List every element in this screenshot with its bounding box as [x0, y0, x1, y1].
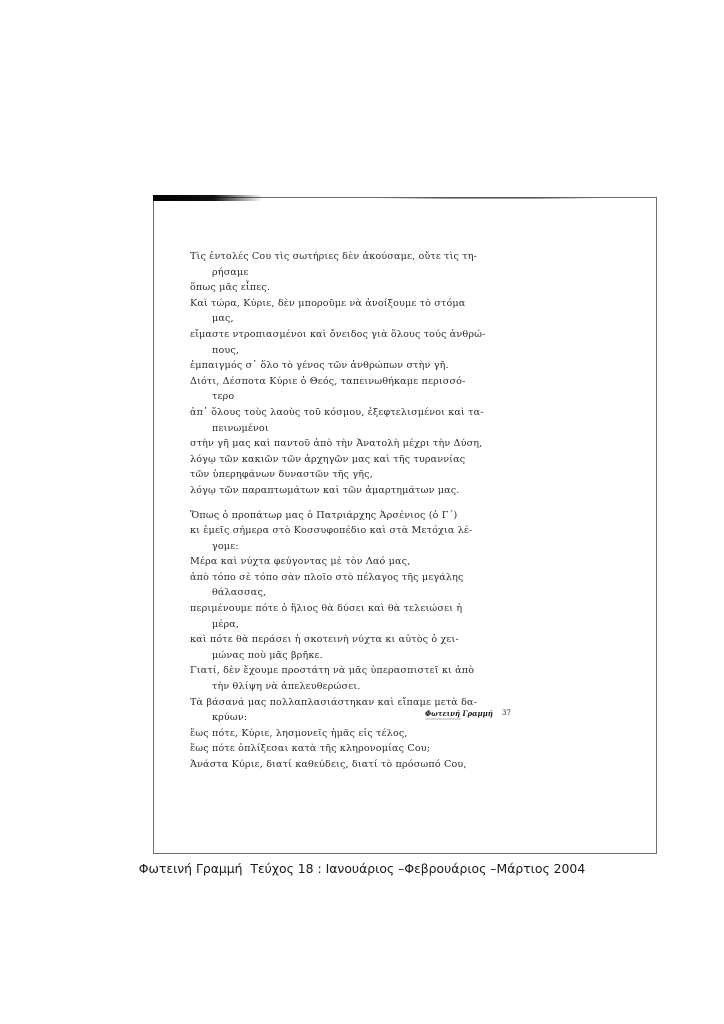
footer-page-number: 37 [502, 709, 511, 717]
poem-line-continuation: πους, [190, 343, 520, 359]
poem-line: στὴν γῆ μας καὶ παντοῦ ἀπὸ τὴν Ἀνατολὴ μ… [190, 436, 520, 452]
poem-line: Ὅπως ὁ προπάτωρ μας ὁ Πατριάρχης Ἀρσένιο… [190, 508, 520, 524]
poem-line-continuation: τὴν θλίψη νὰ ἀπελευθερώσει. [190, 679, 520, 695]
footer-magazine-title: Φωτεινή Γραμμή [425, 709, 493, 718]
poem-line-continuation: μας, [190, 311, 520, 327]
poem-line: Καὶ τώρα, Κύριε, δὲν μποροῦμε νὰ ἀνοίξου… [190, 296, 520, 312]
issue-caption: Φωτεινή Γραμμή Τεύχος 18 : Ιανουάριος –Φ… [0, 861, 724, 876]
poem-line-continuation: ρήσαμε [190, 265, 520, 281]
poem-line: περιμένουμε πότε ὁ ἥλιος θὰ δύσει καὶ θὰ… [190, 601, 520, 617]
poem-line: λόγῳ τῶν παραπτωμάτων καὶ τῶν ἁμαρτημάτω… [190, 483, 520, 499]
poem-line: Τὶς ἐντολές Cου τὶς σωτήριες δὲν ἀκούσαμ… [190, 249, 520, 265]
poem-line: Διότι, Δέσποτα Κύριε ὁ Θεός, ταπεινωθήκα… [190, 374, 520, 390]
poem-line: ἀπὸ τόπο σὲ τόπο σὰν πλοῖο στὸ πέλαγος τ… [190, 570, 520, 586]
poem-text: Τὶς ἐντολές Cου τὶς σωτήριες δὲν ἀκούσαμ… [190, 249, 520, 773]
scan-artifact-smudge [153, 195, 263, 201]
stanza: Τὶς ἐντολές Cου τὶς σωτήριες δὲν ἀκούσαμ… [190, 249, 520, 499]
poem-line-continuation: μώνας ποὺ μᾶς βρῆκε. [190, 648, 520, 664]
poem-line: κι ἐμεῖς σήμερα στὸ Κοσσυφοπέδιο καὶ στὰ… [190, 523, 520, 539]
poem-line: εἴμαστε ντροπιασμένοι καὶ ὄνειδος γιὰ ὅλ… [190, 327, 520, 343]
poem-line: ὅπως μᾶς εἶπες. [190, 280, 520, 296]
poem-line: τῶν ὑπερηφάνων δυναστῶν τῆς γῆς, [190, 467, 520, 483]
poem-line-continuation: μέρα, [190, 617, 520, 633]
poem-line: Ἀνάστα Κύριε, διατί καθεύδεις, διατί τὸ … [190, 757, 520, 773]
poem-line-continuation: τερο [190, 389, 520, 405]
poem-line: ἀπ᾿ ὅλους τοὺς λαοὺς τοῦ κόσμου, ἐξεφτελ… [190, 405, 520, 421]
poem-line: ἐμπαιγμός σ᾿ ὅλο τὸ γένος τῶν ἀνθρώπων σ… [190, 358, 520, 374]
poem-line: ἕως πότε ὁπλίξεσαι κατὰ τῆς κληρονομίας … [190, 741, 520, 757]
poem-line: λόγῳ τῶν κακιῶν τῶν ἀρχηγῶν μας καὶ τῆς … [190, 452, 520, 468]
poem-line: Γιατί, δὲν ἔχουμε προστάτη νὰ μᾶς ὑπερασ… [190, 663, 520, 679]
footer-faint-mark [425, 718, 461, 720]
poem-line: Τὰ βάσανά μας πολλαπλασιάστηκαν καὶ εἴπα… [190, 695, 520, 711]
poem-line-continuation: γομε: [190, 539, 520, 555]
poem-line: καὶ πότε θὰ περάσει ἡ σκοτεινὴ νύχτα κι … [190, 632, 520, 648]
poem-line-continuation: πεινωμένοι [190, 421, 520, 437]
poem-line: Μέρα καὶ νύχτα φεύγοντας μὲ τὸν Λαό μας, [190, 554, 520, 570]
poem-line: ἕως πότε, Κύριε, λησμονεῖς ἡμᾶς εἰς τέλο… [190, 726, 520, 742]
poem-line-continuation: θάλασσας, [190, 585, 520, 601]
scan-artifact-line [380, 197, 600, 199]
stanza: Ὅπως ὁ προπάτωρ μας ὁ Πατριάρχης Ἀρσένιο… [190, 508, 520, 773]
